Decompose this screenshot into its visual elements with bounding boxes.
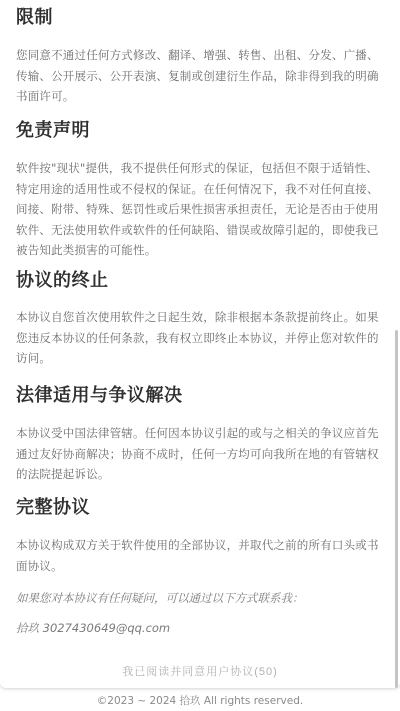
contact-email[interactable]: 拾玖 3027430649@qq.com <box>16 618 170 638</box>
contact-prompt: 如果您对本协议有任何疑问，可以通过以下方式联系我： <box>16 588 304 608</box>
copyright-footer: ©2023 ~ 2024 拾玖 All rights reserved. <box>0 693 400 709</box>
section-title-restrictions: 限制 <box>16 6 53 30</box>
agreement-page: 限制 您同意不通过任何方式修改、翻译、增强、转售、出租、分发、广播、传输、公开展… <box>0 0 400 711</box>
agreement-card: 限制 您同意不通过任何方式修改、翻译、增强、转售、出租、分发、广播、传输、公开展… <box>0 0 400 688</box>
section-body-entire-agreement: 本协议构成双方关于软件使用的全部协议，并取代之前的所有口头或书面协议。 <box>16 535 386 576</box>
section-title-governing-law: 法律适用与争议解决 <box>16 384 183 408</box>
section-title-termination: 协议的终止 <box>16 269 109 293</box>
section-title-entire-agreement: 完整协议 <box>16 496 90 520</box>
scrollbar-thumb[interactable] <box>395 330 398 688</box>
section-body-termination: 本协议自您首次使用软件之日起生效，除非根据本条款提前终止。如果您违反本协议的任何… <box>16 307 386 369</box>
section-body-disclaimer: 软件按"现状"提供，我不提供任何形式的保证，包括但不限于适销性、特定用途的适用性… <box>16 158 386 261</box>
section-body-governing-law: 本协议受中国法律管辖。任何因本协议引起的或与之相关的争议应首先通过友好协商解决；… <box>16 423 386 485</box>
agree-button[interactable]: 我已阅读并同意用户协议(50) <box>0 656 400 686</box>
scrollbar[interactable] <box>395 330 398 688</box>
section-body-restrictions: 您同意不通过任何方式修改、翻译、增强、转售、出租、分发、广播、传输、公开展示、公… <box>16 45 386 107</box>
section-title-disclaimer: 免责声明 <box>16 119 90 143</box>
